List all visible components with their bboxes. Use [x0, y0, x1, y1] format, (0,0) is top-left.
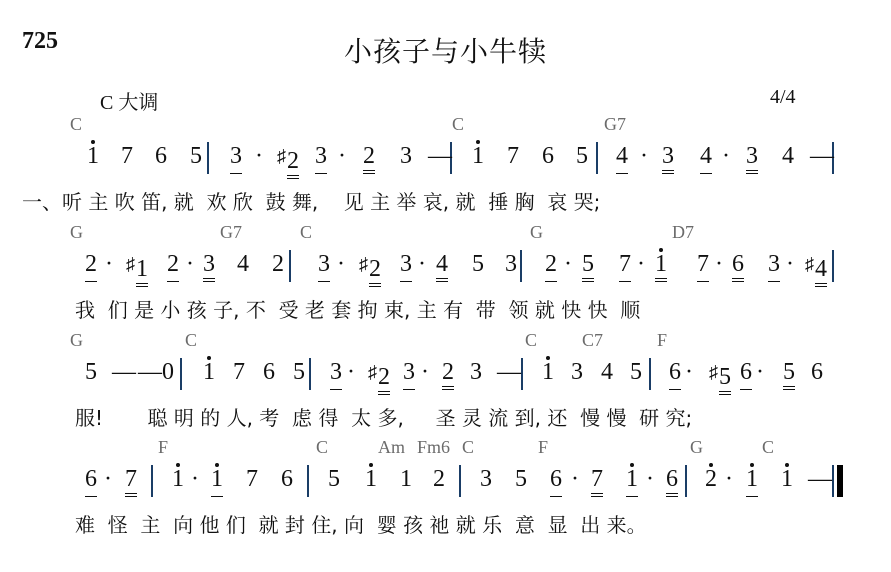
chord-symbol: C [185, 330, 197, 351]
note: 2 [85, 244, 97, 284]
note: 2 [167, 244, 179, 284]
dot: · [105, 244, 113, 284]
note: 7 [125, 459, 137, 499]
note: 3 [505, 244, 517, 284]
sharp-icon: ♯ [709, 362, 718, 382]
dot: · [571, 459, 579, 499]
time-signature: 4/4 [770, 86, 796, 109]
note: 6 [811, 352, 823, 392]
note: ♯2 [359, 244, 381, 284]
dot: · [255, 136, 263, 176]
dot: · [186, 244, 194, 284]
dot: · [421, 352, 429, 392]
chord-symbol: C [300, 222, 312, 243]
note: 6 [281, 459, 293, 499]
note: 3 [230, 136, 242, 176]
bar-line [151, 465, 153, 497]
bar-line [685, 465, 687, 497]
note: 4 [601, 352, 613, 392]
note: 4 [782, 136, 794, 176]
note: 5 [630, 352, 642, 392]
chord-symbol: G [530, 222, 543, 243]
note: 6 [155, 136, 167, 176]
bar-line [832, 250, 834, 282]
note: 1 [626, 459, 638, 499]
dash-extension: — [497, 352, 521, 392]
note: ♯1 [126, 244, 148, 284]
dot: · [715, 244, 723, 284]
note: 3 [470, 352, 482, 392]
chord-symbol: F [657, 330, 667, 351]
bar-line [521, 358, 523, 390]
sharp-icon: ♯ [359, 254, 368, 274]
note: 5 [783, 352, 795, 392]
lyric-line: 服! 聪 明 的 人, 考 虑 得 太 多, 圣 灵 流 到, 还 慢 慢 研 … [75, 402, 692, 431]
bar-line [207, 142, 209, 174]
note: 6 [669, 352, 681, 392]
dash-extension: — [112, 352, 136, 392]
bar-line [459, 465, 461, 497]
dot: · [725, 459, 733, 499]
note: 3 [330, 352, 342, 392]
note: 2 [272, 244, 284, 284]
song-title: 小孩子与小牛犊 [0, 30, 891, 70]
note: 3 [768, 244, 780, 284]
note: 5 [293, 352, 305, 392]
chord-symbol: C [525, 330, 537, 351]
note: 7 [619, 244, 631, 284]
chord-symbol: G7 [220, 222, 242, 243]
note: ♯4 [805, 244, 827, 284]
dash-extension: — [808, 459, 832, 499]
note: 7 [507, 136, 519, 176]
note: 4 [436, 244, 448, 284]
note: 2 [442, 352, 454, 392]
note: 3 [746, 136, 758, 176]
chord-symbol: G [70, 222, 83, 243]
note: 5 [190, 136, 202, 176]
dot: · [347, 352, 355, 392]
chord-symbol: G [690, 437, 703, 458]
chord-symbol: C [316, 437, 328, 458]
dot: · [640, 136, 648, 176]
dot: · [646, 459, 654, 499]
note: 6 [263, 352, 275, 392]
score-line-2: GG7CGD72·♯12·3423·♯23·4532·57·17·63·♯4我 … [0, 244, 891, 344]
dash-extension: — [428, 136, 452, 176]
note: 6 [732, 244, 744, 284]
sharp-icon: ♯ [277, 146, 286, 166]
note: 6 [666, 459, 678, 499]
chord-symbol: F [158, 437, 168, 458]
note: ♯2 [277, 136, 299, 176]
note: 7 [233, 352, 245, 392]
lyric-line: 我 们 是 小 孩 子, 不 受 老 套 拘 束, 主 有 带 领 就 快 快 … [75, 294, 640, 323]
note: 2 [363, 136, 375, 176]
note: 1 [655, 244, 667, 284]
bar-line [649, 358, 651, 390]
dot: · [685, 352, 693, 392]
score-line-1: CCG717653·♯23·23—17654·34·34—一、听 主 吹 笛, … [0, 136, 891, 236]
note: 3 [400, 244, 412, 284]
chord-symbol: Am [378, 437, 405, 458]
note: 5 [576, 136, 588, 176]
note: 6 [542, 136, 554, 176]
note: 3 [662, 136, 674, 176]
sharp-icon: ♯ [805, 254, 814, 274]
note: 3 [203, 244, 215, 284]
note: 3 [571, 352, 583, 392]
note: 1 [400, 459, 412, 499]
note: 7 [697, 244, 709, 284]
bar-line [307, 465, 309, 497]
chord-symbol: C [462, 437, 474, 458]
note: 1 [472, 136, 484, 176]
note: 4 [616, 136, 628, 176]
sharp-icon: ♯ [126, 254, 135, 274]
chord-symbol: Fm6 [417, 437, 450, 458]
note: 1 [365, 459, 377, 499]
bar-line [309, 358, 311, 390]
note: 5 [472, 244, 484, 284]
chord-symbol: C [452, 114, 464, 135]
dash-extension: — [810, 136, 834, 176]
lyric-line: 难 怪 主 向 他 们 就 封 住, 向 婴 孩 祂 就 乐 意 显 出 来。 [75, 509, 647, 538]
final-bar-thick [837, 465, 843, 497]
lyric-line: 一、听 主 吹 笛, 就 欢 欣 鼓 舞, 见 主 举 哀, 就 捶 胸 哀 哭… [22, 186, 600, 215]
note: 1 [746, 459, 758, 499]
dot: · [722, 136, 730, 176]
sharp-icon: ♯ [368, 362, 377, 382]
chord-symbol: D7 [672, 222, 694, 243]
note: ♯5 [709, 352, 731, 392]
note: 0 [162, 352, 174, 392]
note: 1 [542, 352, 554, 392]
note: 1 [203, 352, 215, 392]
note: 1 [87, 136, 99, 176]
chord-symbol: G [70, 330, 83, 351]
note: 3 [480, 459, 492, 499]
note: 3 [318, 244, 330, 284]
note: 3 [400, 136, 412, 176]
note: 6 [85, 459, 97, 499]
note: 3 [315, 136, 327, 176]
chord-symbol: F [538, 437, 548, 458]
note: 1 [781, 459, 793, 499]
note: ♯2 [368, 352, 390, 392]
note: 2 [705, 459, 717, 499]
note: 5 [515, 459, 527, 499]
note: 1 [172, 459, 184, 499]
dot: · [191, 459, 199, 499]
final-bar-line [832, 465, 834, 497]
note: 5 [582, 244, 594, 284]
note: 6 [550, 459, 562, 499]
note: 4 [237, 244, 249, 284]
bar-line [289, 250, 291, 282]
chord-symbol: G7 [604, 114, 626, 135]
note: 3 [403, 352, 415, 392]
note: 5 [328, 459, 340, 499]
dot: · [564, 244, 572, 284]
bar-line [520, 250, 522, 282]
note: 2 [433, 459, 445, 499]
dot: · [786, 244, 794, 284]
note: 4 [700, 136, 712, 176]
note: 7 [591, 459, 603, 499]
note: 2 [545, 244, 557, 284]
note: 7 [121, 136, 133, 176]
dash-extension: — [138, 352, 162, 392]
dot: · [338, 136, 346, 176]
dot: · [637, 244, 645, 284]
bar-line [596, 142, 598, 174]
key-signature: C 大调 [100, 86, 158, 115]
chord-symbol: C [70, 114, 82, 135]
note: 7 [246, 459, 258, 499]
note: 6 [740, 352, 752, 392]
bar-line [180, 358, 182, 390]
note: 5 [85, 352, 97, 392]
dot: · [104, 459, 112, 499]
score-line-4: FCAmFm6CFGC6·71·1765112356·71·62·11—难 怪 … [0, 459, 891, 559]
note: 1 [211, 459, 223, 499]
dot: · [337, 244, 345, 284]
chord-symbol: C [762, 437, 774, 458]
dot: · [418, 244, 426, 284]
chord-symbol: C7 [582, 330, 603, 351]
dot: · [756, 352, 764, 392]
